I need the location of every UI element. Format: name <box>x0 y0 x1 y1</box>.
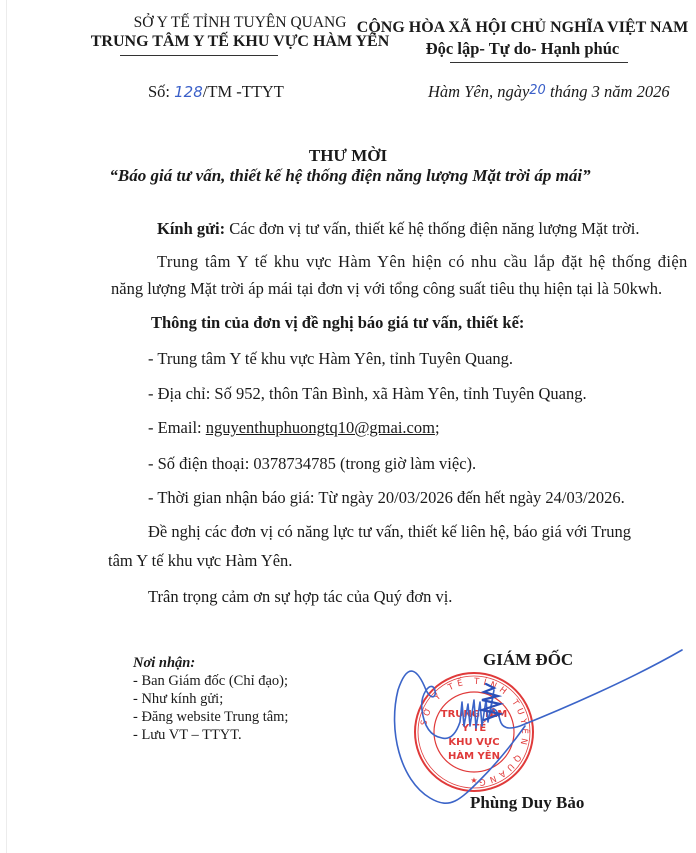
intro-line-2: năng lượng Mặt trời áp mái tại đơn vị vớ… <box>111 279 662 299</box>
request-line-1: Đề nghị các đơn vị có năng lực tư vấn, t… <box>148 522 631 542</box>
email-suffix: ; <box>435 418 440 437</box>
info-item-email: - Email: nguyenthuphuongtq10@gmai.com; <box>148 418 440 438</box>
document-title: THƯ MỜI <box>0 146 696 166</box>
info-heading: Thông tin của đơn vị đề nghị báo giá tư … <box>151 313 524 333</box>
handwritten-day: 20 <box>529 83 546 98</box>
request-line-2: tâm Y tế khu vực Hàm Yên. <box>108 551 292 571</box>
document-number-prefix: Số: <box>148 82 174 101</box>
date-prefix: Hàm Yên, ngày <box>428 82 529 101</box>
national-title: CỘNG HÒA XÃ HỘI CHỦ NGHĨA VIỆT NAM <box>355 19 690 37</box>
header-right-underline <box>450 62 628 63</box>
email-label: - Email: <box>148 418 206 437</box>
info-item-address: - Địa chỉ: Số 952, thôn Tân Bình, xã Hàm… <box>148 384 587 404</box>
handwritten-number: 128 <box>174 83 203 101</box>
recipient-item: - Lưu VT – TTYT. <box>133 727 242 744</box>
info-item-phone: - Số điện thoại: 0378734785 (trong giờ l… <box>148 454 476 474</box>
document-date: Hàm Yên, ngày20 tháng 3 năm 2026 <box>428 82 670 102</box>
document-number: Số: 128/TM -TTYT <box>148 82 284 102</box>
recipient-item: - Đăng website Trung tâm; <box>133 709 288 726</box>
date-suffix: tháng 3 năm 2026 <box>546 82 670 101</box>
recipients-title: Nơi nhận: <box>133 655 195 672</box>
signer-name: Phùng Duy Bảo <box>470 793 584 813</box>
recipient-item: - Như kính gửi; <box>133 691 223 708</box>
recipient-item: - Ban Giám đốc (Chỉ đạo); <box>133 673 288 690</box>
email-link[interactable]: nguyenthuphuongtq10@gmai.com <box>206 418 435 437</box>
greeting: Kính gửi: Các đơn vị tư vấn, thiết kế hệ… <box>157 219 639 239</box>
header-left-underline <box>120 55 278 56</box>
closing-line: Trân trọng cảm ơn sự hợp tác của Quý đơn… <box>148 587 452 607</box>
intro-line-1: Trung tâm Y tế khu vực Hàm Yên hiện có n… <box>157 252 688 272</box>
info-item-organization: - Trung tâm Y tế khu vực Hàm Yên, tỉnh T… <box>148 349 513 369</box>
greeting-label: Kính gửi: <box>157 219 225 238</box>
document-subtitle: “Báo giá tư vấn, thiết kế hệ thống điện … <box>0 166 696 186</box>
document-number-suffix: /TM -TTYT <box>203 82 284 101</box>
scan-edge-line <box>6 0 7 853</box>
national-motto: Độc lập- Tự do- Hạnh phúc <box>355 39 690 59</box>
info-item-quote-period: - Thời gian nhận báo giá: Từ ngày 20/03/… <box>148 488 625 508</box>
greeting-text: Các đơn vị tư vấn, thiết kế hệ thống điệ… <box>225 219 639 238</box>
